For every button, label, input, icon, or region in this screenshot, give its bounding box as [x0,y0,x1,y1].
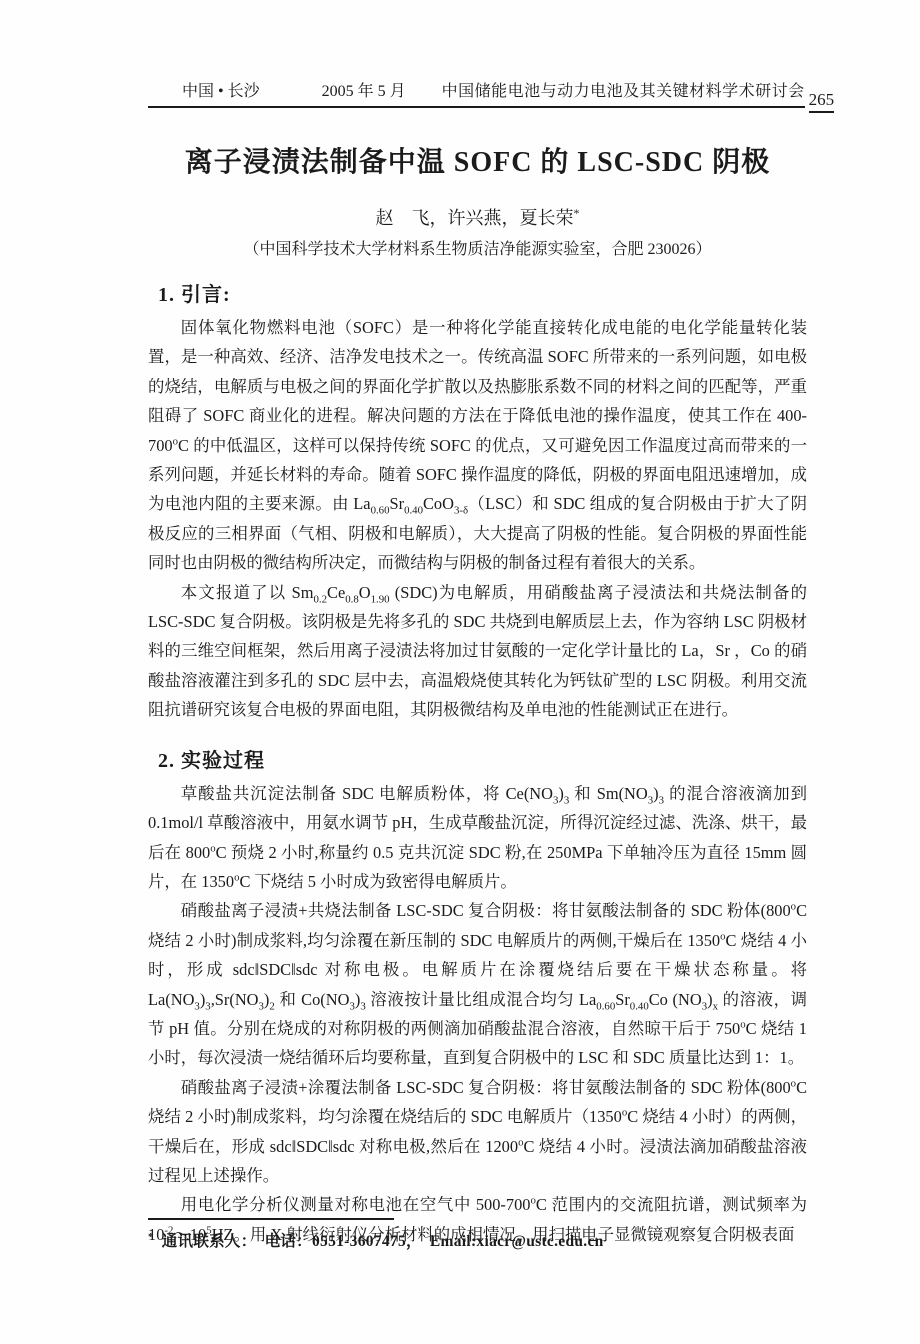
running-header-main: 中国 • 长沙 2005 年 5 月 中国储能电池与动力电池及其关键材料学术研讨… [148,78,805,108]
affiliation-line: （中国科学技术大学材料系生物质洁净能源实验室，合肥 230026） [148,236,807,259]
footnote: *通讯联系人： 电话：0551-3607475， Email:xiacr@ust… [148,1229,807,1251]
section-2-paragraph-2: 硝酸盐离子浸渍+共烧法制备 LSC-SDC 复合阴极：将甘氨酸法制备的 SDC … [148,896,807,1072]
section-2-paragraph-3: 硝酸盐离子浸渍+涂覆法制备 LSC-SDC 复合阴极：将甘氨酸法制备的 SDC … [148,1073,807,1191]
running-header: 中国 • 长沙 2005 年 5 月 中国储能电池与动力电池及其关键材料学术研讨… [148,78,807,108]
section-1-paragraph-2: 本文报道了以 Sm0.2Ce0.8O1.90 (SDC)为电解质，用硝酸盐离子浸… [148,578,807,725]
header-conference: 中国储能电池与动力电池及其关键材料学术研讨会 [442,78,805,101]
section-2-heading: 2. 实验过程 [148,744,807,773]
scanned-paper-page: 中国 • 长沙 2005 年 5 月 中国储能电池与动力电池及其关键材料学术研讨… [0,0,920,1344]
footnote-text: 通讯联系人： 电话：0551-3607475， Email:xiacr@ustc… [162,1233,604,1250]
footnote-marker: * [148,1231,154,1243]
page-number: 265 [809,90,835,113]
section-2-paragraph-1: 草酸盐共沉淀法制备 SDC 电解质粉体，将 Ce(NO3)3 和 Sm(NO3)… [148,779,807,897]
section-1-paragraph-1: 固体氧化物燃料电池（SOFC）是一种将化学能直接转化成电能的电化学能量转化装置，… [148,313,807,578]
header-date: 2005 年 5 月 [322,78,406,101]
authors-line: 赵 飞，许兴燕，夏长荣* [148,204,807,230]
paper-title: 离子浸渍法制备中温 SOFC 的 LSC-SDC 阴极 [148,140,807,180]
header-location: 中国 • 长沙 [182,78,260,101]
footnote-area: *通讯联系人： 电话：0551-3607475， Email:xiacr@ust… [148,1218,807,1251]
section-1-heading: 1. 引言: [148,278,807,307]
footnote-rule [148,1218,394,1220]
